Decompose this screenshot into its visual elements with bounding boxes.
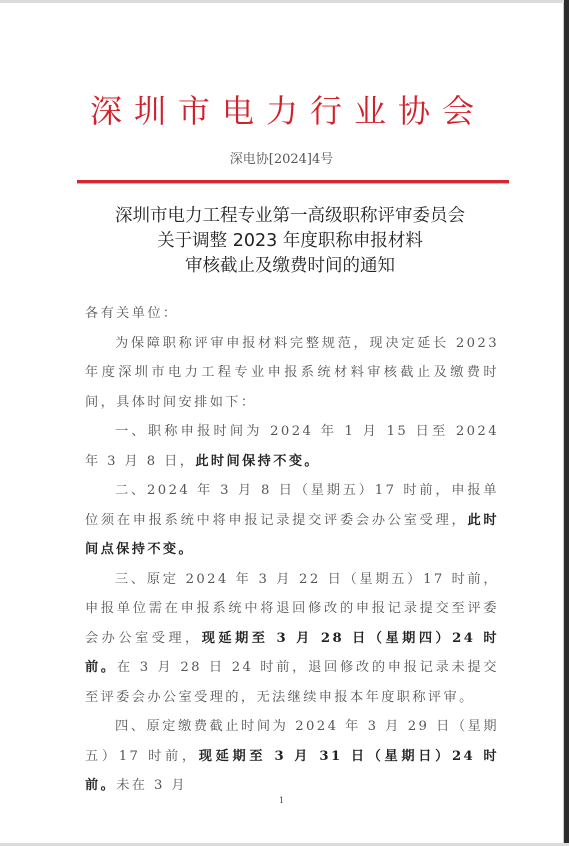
title-line-1: 深圳市电力工程专业第一高级职称评审委员会: [60, 204, 520, 229]
document-page: 深圳市电力行业协会 深电协[2024]4号 深圳市电力工程专业第一高级职称评审委…: [0, 3, 564, 843]
notice-title: 深圳市电力工程专业第一高级职称评审委员会 关于调整 2023 年度职称申报材料 …: [60, 204, 520, 279]
paragraph-intro: 为保障职称评审申报材料完整规范，现决定延长 2023 年度深圳市电力工程专业申报…: [85, 329, 499, 418]
paragraph-item-2: 二、2024 年 3 月 8 日（星期五）17 时前，申报单位须在申报系统中将申…: [85, 476, 499, 565]
paragraph-item-4: 四、原定缴费截止时间为 2024 年 3 月 29 日（星期五）17 时前，现延…: [85, 712, 499, 801]
red-divider-rule: [77, 180, 509, 183]
paragraph-text: 二、2024 年 3 月 8 日（星期五）17 时前，申报单位须在申报系统中将申…: [85, 483, 499, 528]
paragraph-item-3: 三、原定 2024 年 3 月 22 日（星期五）17 时前，申报单位需在申报系…: [85, 565, 499, 713]
paragraph-text: 未在 3 月: [116, 778, 187, 793]
org-header: 深圳市电力行业协会: [78, 91, 498, 131]
page-number: 1: [0, 796, 563, 805]
viewer-right-border: [564, 0, 569, 846]
paragraph-emphasis: 此时间保持不变。: [195, 454, 320, 469]
paragraph-text: 为保障职称评审申报材料完整规范，现决定延长 2023 年度深圳市电力工程专业申报…: [85, 336, 499, 410]
salutation: 各有关单位：: [85, 299, 499, 329]
paragraph-item-1: 一、职称申报时间为 2024 年 1 月 15 日至 2024 年 3 月 8 …: [85, 417, 499, 476]
doc-number: 深电协[2024]4号: [0, 148, 563, 167]
notice-body: 各有关单位： 为保障职称评审申报材料完整规范，现决定延长 2023 年度深圳市电…: [85, 299, 499, 801]
title-line-3: 审核截止及缴费时间的通知: [60, 254, 520, 279]
paragraph-text: 在 3 月 28 日 24 时前，退回修改的申报记录未提交至评委会办公室受理的，…: [85, 660, 499, 705]
title-line-2: 关于调整 2023 年度职称申报材料: [60, 229, 520, 254]
